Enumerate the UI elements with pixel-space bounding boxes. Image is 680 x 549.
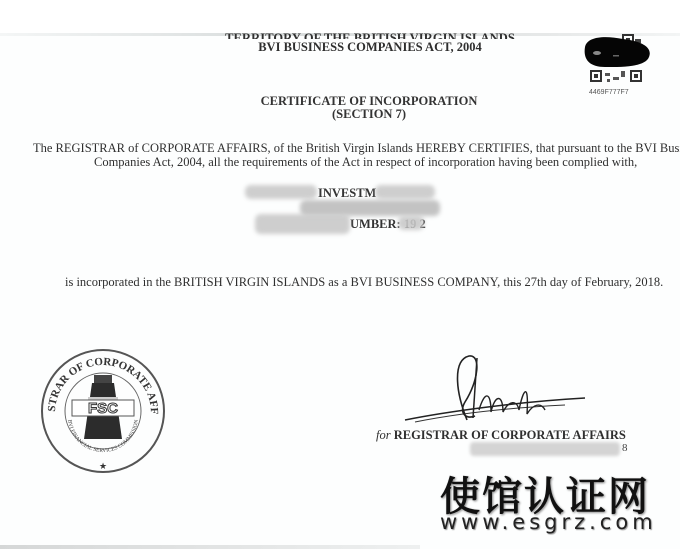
qr-code-icon (583, 33, 653, 85)
signature-icon (395, 350, 595, 430)
redaction-mask (255, 214, 350, 234)
svg-text:FSC: FSC (88, 400, 118, 417)
company-name: INVESTM (318, 186, 376, 201)
certify-line-1: The REGISTRAR of CORPORATE AFFAIRS, of t… (33, 141, 680, 156)
redaction-mask (375, 185, 435, 199)
incorporation-statement: is incorporated in the BRITISH VIRGIN IS… (65, 275, 663, 290)
redaction-mask (245, 185, 317, 199)
signature-caption: for REGISTRAR OF CORPORATE AFFAIRS (376, 428, 626, 443)
signature-title: REGISTRAR OF CORPORATE AFFAIRS (394, 428, 626, 442)
redaction-mask (398, 216, 424, 230)
fsc-seal-icon: REGISTRAR OF CORPORATE AFFAIRS BVI FINAN… (38, 347, 168, 475)
certificate-subtitle: (SECTION 7) (29, 107, 680, 122)
header-territory-text: TERRITORY OF THE BRITISH VIRGIN ISLANDS (225, 32, 515, 39)
watermark-url: www.esgrz.com (440, 510, 657, 534)
svg-text:★: ★ (99, 461, 107, 471)
certificate-page: TERRITORY OF THE BRITISH VIRGIN ISLANDS … (0, 0, 680, 549)
signature-for-word: for (376, 428, 391, 442)
scan-bottom-edge (0, 545, 420, 549)
redaction-mask (470, 442, 620, 456)
certify-line-2: Companies Act, 2004, all the requirement… (94, 155, 637, 170)
signature-tail: 8 (622, 442, 628, 454)
